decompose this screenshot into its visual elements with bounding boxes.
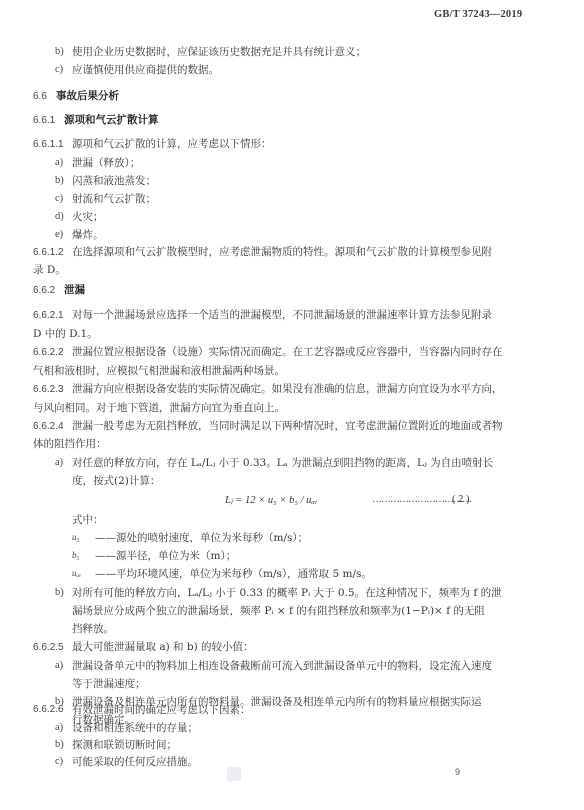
list-label: c) <box>55 64 63 75</box>
section-title: 事故后果分析 <box>56 89 119 103</box>
list-item-text: 挡释放。 <box>72 622 114 636</box>
clause-text: D 中的 D.1。 <box>33 327 98 341</box>
list-label: e) <box>55 229 63 240</box>
list-item-text: 对任意的释放方向，存在 Lₐ/Lⱼ 小于 0.33。Lₐ 为泄漏点到阻挡物的距离… <box>72 456 493 470</box>
list-label: a) <box>55 660 63 671</box>
list-item-text: 泄漏（释放）； <box>72 156 140 170</box>
formula-2: Lⱼ = 12 × u₅ × b₅ / uₐᵥ <box>225 494 317 506</box>
clause-number: 6.6.2.3 <box>33 383 64 397</box>
clause-text: 泄漏一般考虑为无阻挡释放，当同时满足以下两种情况时，宜考虑泄漏位置附近的地面或者… <box>72 419 503 433</box>
clause-text: 气相和液相时，应模拟气相泄漏和液相泄漏两种场景。 <box>33 364 285 378</box>
list-label: c) <box>55 193 63 204</box>
list-label: b) <box>55 175 64 186</box>
clause-number: 6.6.1.1 <box>33 138 64 152</box>
list-item-text: 对所有可能的释放方向，Lₐ/Lⱼ 小于 0.33 的概率 Pᵢ 大于 0.5。在… <box>72 586 502 600</box>
variable-symbol: u₅ <box>72 532 80 542</box>
clause-number: 6.6.2.5 <box>33 641 64 655</box>
where-label: 式中： <box>72 513 104 527</box>
list-item-text: 可能采取的任何反应措施。 <box>72 755 198 769</box>
list-label: a) <box>55 457 63 468</box>
clause-text: 录 D。 <box>33 263 66 277</box>
variable-description: ——源半径，单位为米（m）； <box>95 549 236 563</box>
clause-text: 体的阻挡作用： <box>33 437 107 451</box>
clause-number: 6.6.2.2 <box>33 346 64 360</box>
formula-number: ( 2 ) <box>452 494 470 505</box>
list-label: d) <box>55 211 64 222</box>
clause-text: 有效泄漏时间的确定应考虑以下因素： <box>72 703 251 717</box>
variable-description: ——平均环境风速，单位为米每秒（m/s），通常取 5 m/s。 <box>95 567 372 581</box>
list-item-text: 闪蒸和液池蒸发； <box>72 174 156 188</box>
variable-symbol: uₐᵥ <box>72 568 82 578</box>
standard-number-header: GB/T 37243—2019 <box>434 9 522 20</box>
list-label: b) <box>55 587 64 598</box>
list-label: a) <box>55 157 63 168</box>
list-item-text: 设备和相连系统中的存量； <box>72 721 198 735</box>
clause-text: 与风向相同。对于地下管道，泄漏方向宜为垂直向上。 <box>33 401 285 415</box>
clause-text: 在选择源项和气云扩散模型时，应考虑泄漏物质的特性。源项和气云扩散的计算模型参见附 <box>72 245 492 259</box>
clause-text: 泄漏位置应根据设备（设施）实际情况而确定。在工艺容器或反应容器中，当容器内同时存… <box>72 345 503 359</box>
section-number: 6.6.2 <box>33 284 55 298</box>
list-item-text: 爆炸。 <box>72 228 104 242</box>
clause-text: 对每一个泄漏场景应选择一个适当的泄漏模型，不同泄漏场景的泄漏速率计算方法参见附录 <box>72 308 492 322</box>
list-label: a) <box>55 722 63 733</box>
section-number: 6.6.1 <box>33 114 55 128</box>
section-title: 源项和气云扩散计算 <box>64 113 159 127</box>
clause-number: 6.6.2.1 <box>33 309 64 323</box>
variable-description: ——源处的喷射速度，单位为米每秒（m/s）； <box>95 531 308 545</box>
list-item-text: 泄漏设备单元中的物料加上相连设备截断前可流入到泄漏设备单元中的物料，设定流入速度 <box>72 659 492 673</box>
list-item-text: 应谨慎使用供应商提供的数据。 <box>72 63 219 77</box>
section-title: 泄漏 <box>64 283 85 297</box>
list-item-text: 漏场景应分成两个独立的泄漏场景，频率 Pᵢ × f 的有阻挡释放和频率为(1−P… <box>72 604 485 618</box>
clause-number: 6.6.1.2 <box>33 246 64 260</box>
list-label: b) <box>55 739 64 750</box>
variable-symbol: b₅ <box>72 550 80 560</box>
list-label: b) <box>55 46 64 57</box>
list-item-text: 使用企业历史数据时，应保证该历史数据充足并具有统计意义； <box>72 45 366 59</box>
list-item-text: 探测和联锁切断时间； <box>72 738 177 752</box>
clause-number: 6.6.2.4 <box>33 420 64 434</box>
list-label: c) <box>55 756 63 767</box>
list-item-text: 射流和气云扩散； <box>72 192 156 206</box>
list-item-text: 火灾； <box>72 210 104 224</box>
document-page: GB/T 37243—2019 b) 使用企业历史数据时，应保证该历史数据充足并… <box>0 0 584 810</box>
clause-text: 泄漏方向应根据设备安装的实际情况确定。如果没有准确的信息，泄漏方向宜设为水平方向… <box>72 382 503 396</box>
clause-text: 源项和气云扩散的计算，应考虑以下情形： <box>72 137 272 151</box>
clause-number: 6.6.2.6 <box>33 703 64 717</box>
section-number: 6.6 <box>33 90 47 104</box>
page-number: 9 <box>455 767 460 777</box>
list-item-text: 度，按式(2)计算： <box>72 474 160 488</box>
watermark-mark <box>227 767 241 781</box>
list-item-text: 等于泄漏速度； <box>72 677 146 691</box>
clause-text: 最大可能泄漏量取 a) 和 b) 的较小值： <box>72 640 254 654</box>
